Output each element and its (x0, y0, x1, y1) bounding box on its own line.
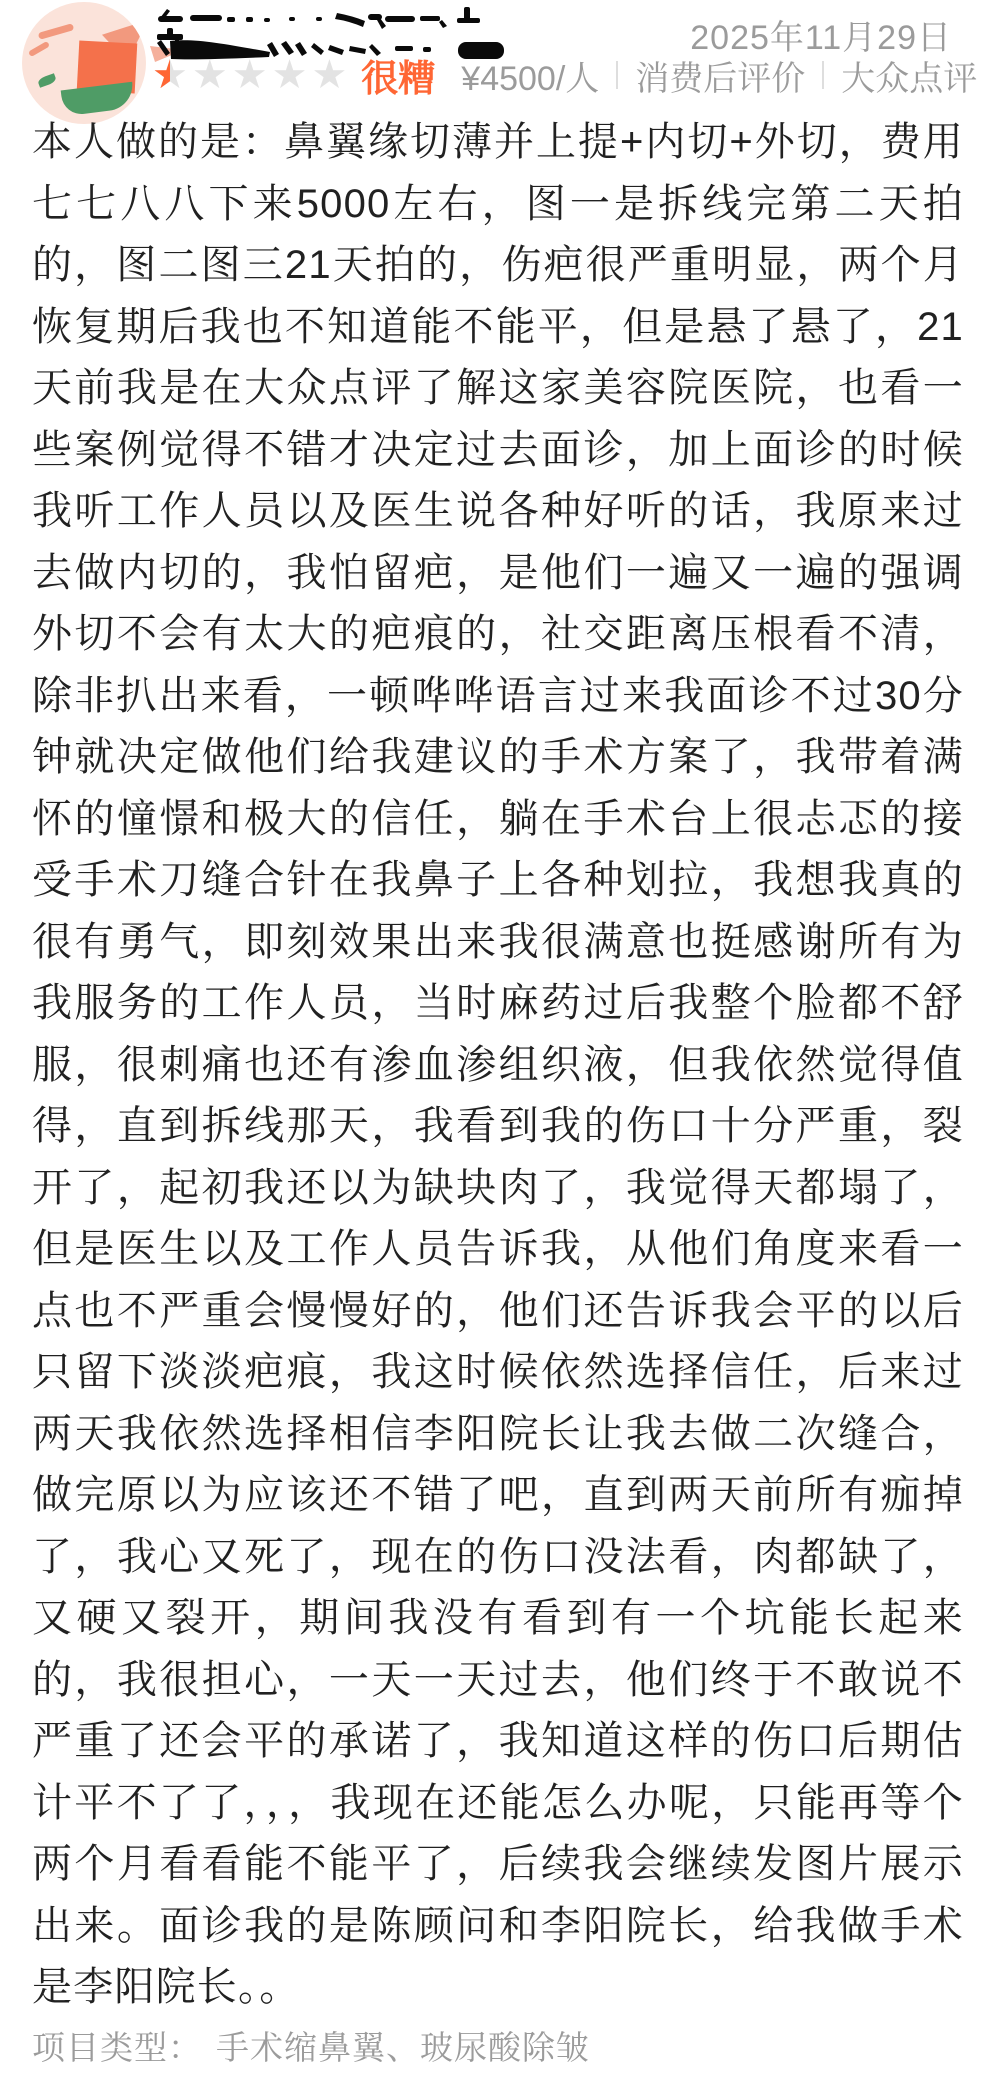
price-per-person: ¥4500/人 (461, 51, 599, 100)
review-page: 2025年11月29日 ★★★★★★ 很糟 ¥4500/人 消费后评价 大众点评… (0, 0, 994, 2084)
star-icon: ★ (192, 55, 228, 95)
project-type-value: 手术缩鼻翼、玻尿酸除皱 (216, 2029, 590, 2066)
avatar-stroke (28, 41, 50, 57)
star-icon: ★ (272, 55, 308, 95)
rating-row: ★★★★★★ 很糟 ¥4500/人 消费后评价 大众点评 (152, 52, 977, 98)
review-type-label: 消费后评价 (635, 51, 805, 100)
review-body-text: 本人做的是：鼻翼缘切薄并上提+内切+外切，费用七七八八下来5000左右，图一是拆… (32, 112, 964, 2019)
user-avatar[interactable] (22, 2, 146, 124)
star-icon: ★ (232, 55, 268, 95)
star-icon: ★★ (152, 55, 188, 95)
rating-label: 很糟 (361, 48, 435, 102)
avatar-stroke (38, 23, 75, 40)
divider (616, 61, 618, 89)
project-type-label: 项目类型： (32, 2029, 202, 2066)
project-type-row: 项目类型：手术缩鼻翼、玻尿酸除皱 (32, 2022, 590, 2069)
star-rating: ★★★★★★ (152, 55, 347, 95)
divider (822, 61, 824, 89)
star-icon: ★ (311, 55, 347, 95)
avatar-shape (37, 73, 57, 88)
source-label: 大众点评 (841, 51, 977, 100)
